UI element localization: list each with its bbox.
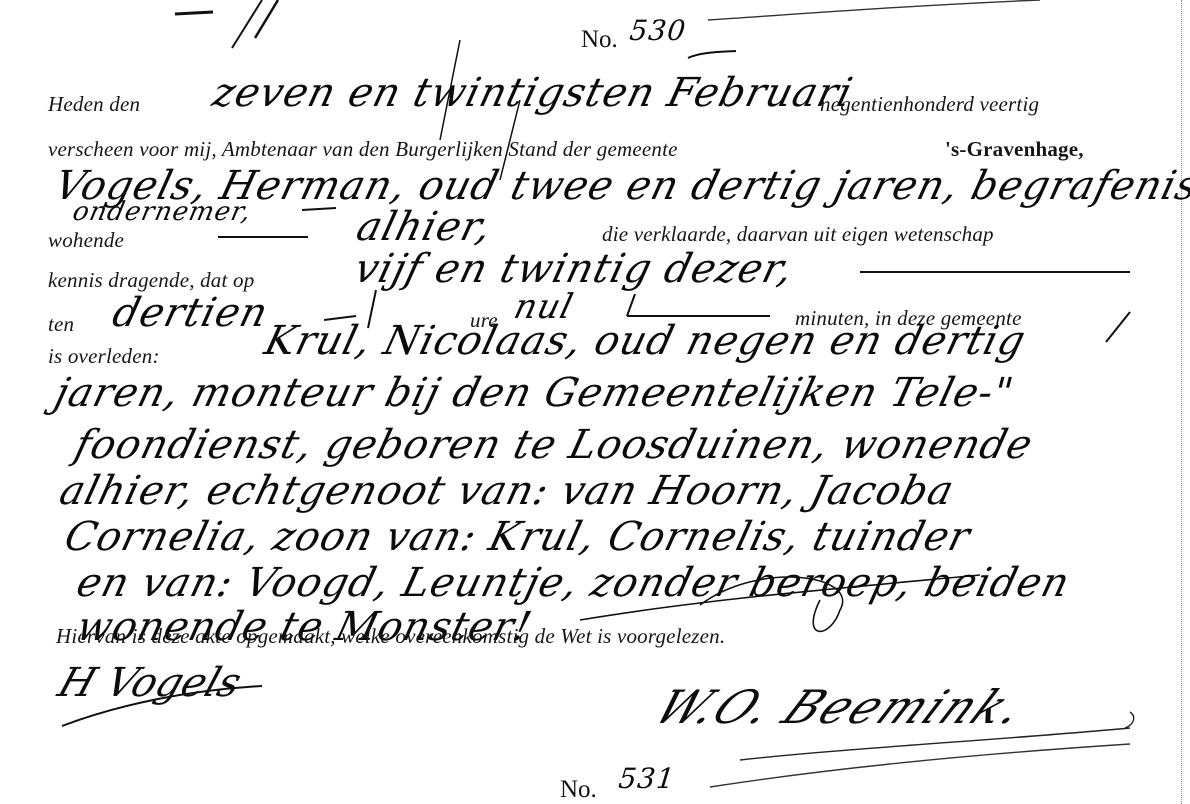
civil-registry-death-record: No. 530 Heden den zeven en twintigsten F… [0, 0, 1190, 804]
handwritten-hour: dertien [108, 290, 273, 336]
handwritten-line: alhier, echtgenoot van: van Hoorn, Jacob… [55, 468, 959, 514]
handwritten-declarant-occupation: ondernemer, [70, 197, 254, 227]
handwritten-line: foondienst, geboren te Loosduinen, wonen… [70, 422, 1038, 468]
handwritten-deceased: Krul, Nicolaas, oud negen en dertig [260, 318, 1031, 364]
form-text-verklaarde: die verklaarde, daarvan uit eigen wetens… [602, 222, 994, 247]
next-record-number-value: 531 [617, 762, 677, 795]
form-text-ten: ten [48, 312, 74, 337]
handwritten-line: en van: Voogd, Leuntje, zonder beroep, b… [72, 560, 1075, 606]
registrar-signature: W.O. Beemink. [644, 680, 1038, 734]
page-edge-perforation [1181, 0, 1182, 804]
municipality-name: 's-Gravenhage, [945, 137, 1084, 162]
handwritten-line: jaren, monteur bij den Gemeentelijken Te… [50, 370, 1019, 416]
next-record-number-label: No. [560, 776, 597, 804]
record-number-value: 530 [628, 14, 688, 47]
handwritten-residence: alhier, [352, 204, 497, 250]
form-text-verscheen: verscheen voor mij, Ambtenaar van den Bu… [48, 137, 678, 162]
declarant-signature: H Vogels [53, 660, 247, 706]
handwritten-date: zeven en twintigsten Februari [208, 70, 858, 116]
handwritten-day: vijf en twintig dezer, [350, 246, 798, 292]
form-text-closing: Hiervan is deze akte opgemaakt, welke ov… [56, 624, 725, 649]
record-number-label: No. [581, 26, 618, 54]
form-text-year: negentienhonderd veertig [820, 92, 1039, 117]
form-text-heden-den: Heden den [48, 92, 140, 117]
form-text-wohende: wohende [48, 228, 124, 253]
form-text-is-overleden: is overleden: [48, 344, 160, 369]
handwritten-line: Cornelia, zoon van: Krul, Cornelis, tuin… [60, 514, 975, 560]
